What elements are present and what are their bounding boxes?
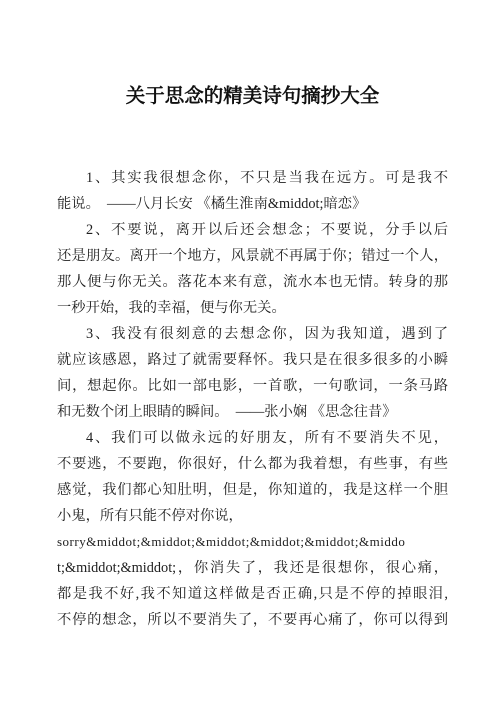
text-line: 一秒开始，我的幸福，便与你无关。	[57, 295, 448, 321]
text-line: 1、其实我很想念你，不只是当我在远方。可是我不	[57, 165, 448, 191]
document-body: 1、其实我很想念你，不只是当我在远方。可是我不能说。 ——八月长安 《橘生淮南&…	[57, 165, 448, 633]
text-line: 还是朋友。离开一个地方，风景就不再属于你；错过一个人，	[57, 243, 448, 269]
text-line: 4、我们可以做永远的好朋友，所有不要消失不见，	[57, 425, 448, 451]
text-line: 都是我不好,我不知道这样做是否正确,只是不停的掉眼泪,	[57, 581, 448, 607]
text-line: 不停的想念，所以不要消失了，不要再心痛了，你可以得到	[57, 607, 448, 633]
text-line: 不要逃，不要跑，你很好，什么都为我着想，有些事，有些	[57, 451, 448, 477]
text-line: sorry&middot;&middot;&middot;&middot;&mi…	[57, 529, 448, 555]
text-line: 小鬼，所有只能不停对你说，	[57, 503, 448, 529]
document-page: 关于思念的精美诗句摘抄大全 1、其实我很想念你，不只是当我在远方。可是我不能说。…	[0, 0, 496, 702]
text-line: 和无数个闭上眼睛的瞬间。 ——张小娴 《思念往昔》	[57, 399, 448, 425]
text-line: 3、我没有很刻意的去想念你，因为我知道，遇到了	[57, 321, 448, 347]
text-line: 能说。 ——八月长安 《橘生淮南&middot;暗恋》	[57, 191, 448, 217]
text-line: 那人便与你无关。落花本来有意，流水本也无情。转身的那	[57, 269, 448, 295]
document-title: 关于思念的精美诗句摘抄大全	[57, 84, 448, 110]
text-line: 就应该感恩，路过了就需要释怀。我只是在很多很多的小瞬	[57, 347, 448, 373]
text-line: 间，想起你。比如一部电影，一首歌，一句歌词，一条马路	[57, 373, 448, 399]
text-line: 2、不要说，离开以后还会想念；不要说，分手以后	[57, 217, 448, 243]
text-line: t;&middot;&middot;，你消失了，我还是很想你，很心痛，	[57, 555, 448, 581]
text-line: 感觉，我们都心知肚明，但是，你知道的，我是这样一个胆	[57, 477, 448, 503]
